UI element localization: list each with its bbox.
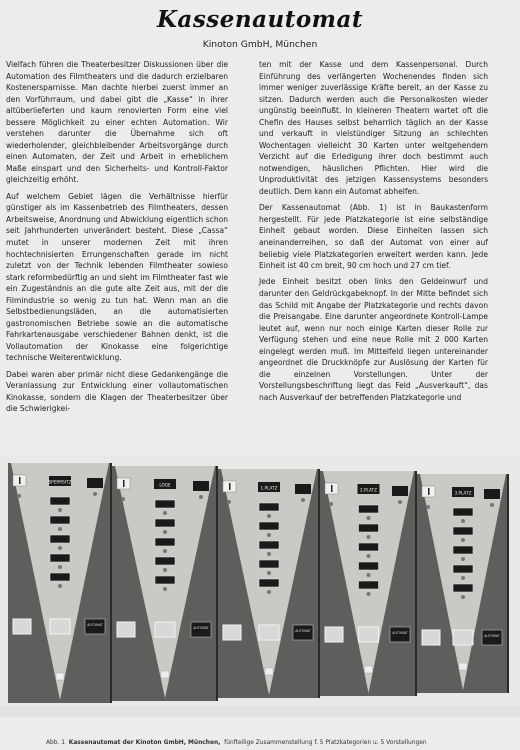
caption-prefix: Abb. 1 xyxy=(46,740,65,746)
ticket-machine-unit: SPERRSITZAUTOMAT xyxy=(8,463,112,703)
category-label: 3.PLATZ xyxy=(455,491,472,496)
paragraph: Dabei waren aber primär nicht diese Geda… xyxy=(6,369,228,415)
paragraph: Der Kassenautomat (Abb. 1) ist in Baukas… xyxy=(259,202,488,271)
paragraph: Jede Einheit besitzt oben links den Geld… xyxy=(259,276,488,403)
paragraph: Vielfach führen die Theaterbesitzer Disk… xyxy=(6,59,228,186)
figure-photo-ticket-machines: SPERRSITZAUTOMATLOGEAUTOMAT1.PLATZAUTOMA… xyxy=(0,455,520,717)
caption-rest: fünfteilige Zusammenstellung f. 5 Platzk… xyxy=(224,740,426,746)
caption-bold: Kassenautomat der Kinoton GmbH, München, xyxy=(69,740,221,746)
article-title: Kassenautomat xyxy=(0,6,520,33)
ticket-machine-unit: 2.PLATZAUTOMAT xyxy=(320,471,417,696)
figure-caption: Abb. 1 Kassenautomat der Kinoton GmbH, M… xyxy=(46,740,427,746)
ticket-machine-unit: 1.PLATZAUTOMAT xyxy=(218,469,320,698)
sold-out-label: AUTOMAT xyxy=(87,623,103,627)
category-label: 1.PLATZ xyxy=(261,486,278,491)
category-label: 2.PLATZ xyxy=(360,488,377,493)
ticket-machine-unit: 3.PLATZAUTOMAT xyxy=(417,474,509,693)
category-label: SPERRSITZ xyxy=(49,480,72,485)
ticket-machine-unit: LOGEAUTOMAT xyxy=(112,466,218,701)
right-column: ten mit der Kasse und dem Kassenpersonal… xyxy=(259,59,488,408)
sold-out-label: AUTOMAT xyxy=(484,634,500,638)
left-column: Vielfach führen die Theaterbesitzer Disk… xyxy=(6,59,228,420)
paragraph: ten mit der Kasse und dem Kassenpersonal… xyxy=(259,59,488,198)
ticket-machine-illustration: SPERRSITZAUTOMATLOGEAUTOMAT1.PLATZAUTOMA… xyxy=(0,455,520,717)
paragraph: Auf welchem Gebiet lägen die Verhältniss… xyxy=(6,191,228,364)
sold-out-label: AUTOMAT xyxy=(193,626,209,630)
article-subtitle: Kinoton GmbH, München xyxy=(0,39,520,50)
sold-out-label: AUTOMAT xyxy=(295,629,311,633)
sold-out-label: AUTOMAT xyxy=(392,631,408,635)
category-label: LOGE xyxy=(159,483,171,488)
